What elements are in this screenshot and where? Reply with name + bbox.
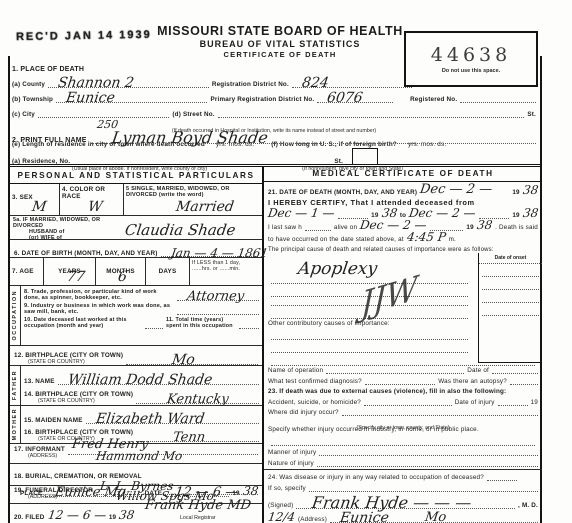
- contributory-label: Other contributory causes of importance:: [268, 320, 390, 327]
- last-saw-year: 38: [476, 219, 493, 231]
- last-worked-label: 10. Date deceased last worked at this oc…: [24, 317, 142, 329]
- manner-row: Manner of injury: [264, 445, 542, 456]
- manner-label: Manner of injury: [268, 449, 316, 456]
- marital-cell: 5 SINGLE, MARRIED, WIDOWED, OR DIVORCED …: [124, 184, 262, 215]
- birthplace-line: Mo: [126, 354, 258, 365]
- contributory-line-2: [271, 340, 468, 353]
- test-label: What test confirmed diagnosis?: [268, 378, 362, 385]
- age-label: 7. AGE: [12, 268, 34, 275]
- father-name-value: William Dodd Shade: [67, 373, 213, 387]
- occupation-side-label: OCCUPATION: [10, 286, 21, 345]
- md-label: , M. D.: [518, 502, 538, 509]
- specify-blank-row: [264, 433, 542, 445]
- nature-label: Nature of injury: [268, 460, 314, 467]
- personal-statistical-column: PERSONAL AND STATISTICAL PARTICULARS 3. …: [10, 167, 264, 523]
- if-so-line: [309, 481, 538, 492]
- onset-line-3: [482, 290, 539, 303]
- m-label: m.: [449, 236, 456, 243]
- trade-row: 8. Trade, profession, or particular kind…: [24, 289, 259, 301]
- total-time-label: 11. Total time (years) spent in this occ…: [166, 317, 236, 329]
- mother-name-value: Elizabeth Ward: [95, 412, 205, 426]
- age-row: 7. AGE YEARS 77 MONTHS 6 DAYS If LESS th: [10, 258, 262, 286]
- informant-row: 17. INFORMANT (ADDRESS) Fred Henry Hammo…: [10, 444, 262, 464]
- father-birthplace-sublabel: (STATE OR COUNTRY): [38, 398, 133, 404]
- city-line: [38, 107, 169, 118]
- father-block: FATHER 13. NAME William Dodd Shade 14. B…: [10, 366, 262, 406]
- last-worked-row: 10. Date deceased last worked at this oc…: [24, 317, 259, 329]
- external-causes-row: 23. If death was due to external causes …: [264, 385, 542, 395]
- trade-line: Attorney: [177, 290, 259, 301]
- industry-line: [177, 304, 259, 315]
- specify-place-row: Specify whether injury occurred in indus…: [264, 424, 542, 433]
- date-of-birth-line: Jan — 4 — 1861: [161, 246, 258, 257]
- contributory-line-1: [271, 327, 468, 340]
- medical-certificate-column: MEDICAL CERTIFICATE OF DEATH 21. DATE OF…: [264, 167, 542, 523]
- industry-row: 9. Industry or business in which work wa…: [24, 303, 259, 315]
- death-said-label: . Death is said: [495, 224, 538, 231]
- county-row: (a) County Shannon 2 Registration Distri…: [12, 77, 536, 88]
- where-injury-line: [342, 405, 538, 416]
- date-of-birth-row: 6. DATE OF BIRTH (MONTH, DAY, AND YEAR) …: [10, 240, 262, 258]
- date-of-onset-label: Date of onset: [479, 253, 542, 264]
- funeral-director-label: 19. FUNERAL DIRECTOR: [14, 487, 93, 494]
- registered-no-label: Registered No.: [410, 96, 457, 103]
- father-side-label: FATHER: [10, 366, 21, 405]
- primary-district-line: 6076: [317, 92, 393, 103]
- medical-heading: MEDICAL CERTIFICATE OF DEATH: [264, 167, 542, 182]
- birthplace-row: 12. BIRTHPLACE (CITY OR TOWN) (STATE OR …: [10, 346, 262, 366]
- funeral-director-line: L. L. Byrnes Willow Spgs Mo: [96, 487, 258, 495]
- age-days-cell: DAYS: [146, 258, 190, 285]
- father-name-label: 13. NAME: [24, 378, 55, 385]
- informant-sublabel: (ADDRESS): [28, 453, 65, 459]
- registrar-title: Local Registrar: [138, 515, 258, 521]
- township-row: (b) Township Eunice Primary Registration…: [12, 92, 536, 103]
- city-label: (c) City: [12, 111, 35, 118]
- full-name-line: 250 Lyman Boyd Shade: [90, 133, 536, 144]
- father-birthplace-row: 14. BIRTHPLACE (CITY OR TOWN) (STATE OR …: [24, 387, 259, 404]
- funeral-director-sublabel: (ADDRESS): [28, 494, 93, 500]
- father-content: 13. NAME William Dodd Shade 14. BIRTHPLA…: [21, 366, 262, 405]
- father-name-line: William Dodd Shade: [58, 374, 259, 385]
- death-year-prefix: 19: [512, 189, 519, 196]
- birthplace-sublabel: (STATE OR COUNTRY): [28, 359, 123, 365]
- sex-cell: 3. SEX M: [10, 184, 60, 215]
- specify-place-label: Specify whether injury occurred in indus…: [268, 426, 479, 433]
- last-saw-row: I last saw h alive on Dec — 2 — 19 38 . …: [264, 219, 542, 231]
- father-birthplace-label: 14. BIRTHPLACE (CITY OR TOWN): [24, 391, 133, 398]
- autopsy-line: [510, 374, 538, 385]
- death-year-value: 38: [522, 184, 539, 196]
- bureau-subtitle: BUREAU OF VITAL STATISTICS: [140, 39, 420, 49]
- informant-label: 17. INFORMANT: [14, 446, 65, 453]
- mother-name-line: Elizabeth Ward: [86, 413, 259, 424]
- blank-space: [415, 78, 536, 88]
- date-of-onset-box: Date of onset: [478, 253, 542, 363]
- date-of-birth-label: 6. DATE OF BIRTH (MONTH, DAY, AND YEAR): [14, 250, 158, 257]
- occurred-label: to have occurred on the date stated abov…: [268, 236, 404, 243]
- certificate-number: 44638: [431, 44, 511, 66]
- age-months-cell: MONTHS 6: [96, 258, 146, 285]
- death-certificate-document: REC'D JAN 14 1939 MISSOURI STATE BOARD O…: [0, 0, 572, 523]
- informant-line: Fred Henry Hammond Mo: [68, 446, 258, 455]
- personal-heading: PERSONAL AND STATISTICAL PARTICULARS: [10, 167, 262, 184]
- race-label: 4. COLOR OR RACE: [62, 186, 121, 200]
- test-row: What test confirmed diagnosis? Was there…: [264, 374, 542, 385]
- occupation-content: 8. Trade, profession, or particular kind…: [21, 286, 262, 345]
- mother-birthplace-value: Tenn: [172, 431, 206, 444]
- birthplace-label: 12. BIRTHPLACE (CITY OR TOWN): [14, 352, 123, 359]
- township-line: Eunice: [56, 92, 207, 103]
- race-cell: 4. COLOR OR RACE W: [60, 184, 124, 215]
- physician-signature: Frank Hyde — — —: [311, 495, 473, 511]
- age-months-value: 6: [117, 270, 128, 284]
- spouse-value-area: Claudia Shade: [125, 217, 259, 238]
- place-of-death-heading: 1. PLACE OF DEATH: [12, 66, 536, 73]
- onset-line-1: [482, 264, 539, 277]
- signed-line: Frank Hyde — — —: [296, 498, 515, 509]
- test-line: [365, 374, 435, 385]
- last-saw-label: I last saw h: [268, 224, 302, 231]
- marital-value: Married: [175, 200, 235, 214]
- father-name-row: 13. NAME William Dodd Shade: [24, 369, 259, 385]
- page-title: MISSOURI STATE BOARD OF HEALTH: [140, 24, 420, 38]
- city-street-row: (c) City (d) Street No. St.: [12, 107, 536, 118]
- date-of-death-row: 21. DATE OF DEATH (MONTH, DAY, AND YEAR)…: [264, 182, 542, 196]
- full-name-row: 2. PRINT FULL NAME 250 Lyman Boyd Shade: [12, 133, 536, 144]
- registration-district-label: Registration District No.: [212, 81, 289, 88]
- where-injury-row: Where did injury occur?: [264, 406, 542, 416]
- race-value: W: [87, 200, 103, 214]
- full-name-label: 2. PRINT FULL NAME: [12, 137, 87, 144]
- operation-date-line: [492, 363, 538, 374]
- informant-address-value: Hammond Mo: [95, 450, 183, 462]
- occupation-related-row: 24. Was disease or injury in any way rel…: [264, 469, 542, 481]
- attended-from-value: Dec — 1 —: [267, 207, 335, 219]
- township-label: (b) Township: [12, 96, 53, 103]
- spouse-value: Claudia Shade: [124, 223, 236, 238]
- township-value: Eunice: [65, 91, 116, 105]
- if-so-label: If so, specify: [268, 485, 306, 492]
- address-row: 12/4 (Address) Eunice Mo: [264, 509, 542, 523]
- age-years-cell: YEARS 77: [44, 258, 96, 285]
- trade-value: Attorney: [186, 290, 245, 303]
- county-value: Shannon 2: [57, 76, 135, 90]
- header-title-block: MISSOURI STATE BOARD OF HEALTH BUREAU OF…: [140, 24, 420, 59]
- certificate-subtitle: CERTIFICATE OF DEATH: [140, 50, 420, 59]
- registration-district-line: 824: [292, 77, 413, 88]
- age-note-cell: If LESS than 1 day, ......hrs. or ......…: [190, 258, 262, 285]
- occupation-related-label: 24. Was disease or injury in any way rel…: [268, 474, 484, 481]
- last-saw-year-prefix: 19: [466, 224, 473, 231]
- occupation-block: OCCUPATION 8. Trade, profession, or part…: [10, 286, 262, 346]
- date-of-death-label: 21. DATE OF DEATH (MONTH, DAY, AND YEAR): [268, 189, 417, 196]
- father-birthplace-value: Kentucky: [166, 393, 229, 406]
- filed-date-value: 12 — 6 —: [47, 509, 107, 521]
- mother-side-label: MOTHER: [10, 406, 21, 443]
- where-injury-label: Where did injury occur?: [268, 409, 339, 416]
- signed-label: (Signed): [268, 502, 293, 509]
- street-no-label: (d) Street No.: [172, 111, 214, 118]
- alive-on-label: alive on: [334, 224, 357, 231]
- sex-value: M: [31, 200, 47, 214]
- birthplace-value: Mo: [171, 353, 196, 367]
- nature-row: Nature of injury: [264, 456, 542, 467]
- received-date-stamp: REC'D JAN 14 1939: [16, 29, 152, 43]
- external-causes-label: 23. If death was due to external causes …: [268, 388, 506, 395]
- spouse-label-1: 5a. IF MARRIED, WIDOWED, OR DIVORCED: [13, 217, 125, 229]
- ward-box: [352, 148, 378, 165]
- cause-of-death-value: Apoplexy: [297, 261, 378, 278]
- registration-district-value: 824: [301, 76, 330, 90]
- county-label: (a) County: [12, 81, 45, 88]
- registered-no-line: [460, 92, 536, 103]
- father-birthplace-line: Kentucky: [136, 393, 259, 404]
- autopsy-label: Was there an autopsy?: [438, 378, 507, 385]
- last-worked-line: [145, 318, 163, 329]
- filed-row: 20. FILED 12 — 6 — 19 38 Frank Hyde MD L…: [10, 504, 262, 521]
- county-line: Shannon 2: [48, 77, 209, 88]
- trade-label: 8. Trade, profession, or particular kind…: [24, 289, 174, 301]
- mother-birthplace-line: Tenn: [136, 431, 259, 442]
- mother-name-row: 15. MAIDEN NAME Elizabeth Ward: [24, 409, 259, 424]
- address-label: (Address): [298, 516, 327, 523]
- principal-cause-row: The principal cause of death and related…: [264, 243, 542, 253]
- time-of-death-value: 4:45 P: [406, 231, 447, 243]
- industry-label: 9. Industry or business in which work wa…: [24, 303, 174, 315]
- age-years-value: 77: [66, 270, 86, 284]
- spouse-row: 5a. IF MARRIED, WIDOWED, OR DIVORCED HUS…: [10, 216, 262, 240]
- signed-row: (Signed) Frank Hyde — — — , M. D.: [264, 492, 542, 509]
- operation-line: [326, 363, 464, 374]
- occupation-related-line: [487, 470, 517, 481]
- manner-line: [319, 445, 538, 456]
- age-cell: 7. AGE: [10, 258, 44, 285]
- primary-district-value: 6076: [326, 91, 364, 105]
- blank-space: [495, 186, 509, 196]
- operation-label: Name of operation: [268, 367, 323, 374]
- to-year-prefix: 19: [512, 212, 519, 219]
- address-line: Eunice Mo: [330, 512, 538, 523]
- total-time-line: [239, 318, 259, 329]
- date-of-death-value: Dec — 2 —: [419, 183, 493, 196]
- operation-row: Name of operation Date of: [264, 363, 542, 374]
- spouse-labels: 5a. IF MARRIED, WIDOWED, OR DIVORCED HUS…: [13, 217, 125, 238]
- primary-district-label: Primary Registration District No.: [210, 96, 314, 103]
- address-value: Eunice: [339, 511, 390, 523]
- registrar-signature: Frank Hyde MD: [144, 499, 252, 512]
- address-date-value: 12/4: [267, 511, 296, 523]
- age-days-label: DAYS: [159, 268, 177, 275]
- onset-line-2: [482, 277, 539, 290]
- filed-label: 20. FILED: [14, 514, 45, 521]
- street-suffix: St.: [527, 111, 536, 118]
- street-no-line: [218, 107, 525, 118]
- sex-label: 3. SEX: [12, 194, 33, 201]
- address-state-value: Mo: [424, 511, 447, 523]
- mother-name-label: 15. MAIDEN NAME: [24, 417, 83, 424]
- onset-line-4: [482, 303, 539, 316]
- full-name-value: Lyman Boyd Shade: [111, 130, 269, 146]
- sex-race-marital-row: 3. SEX M 4. COLOR OR RACE W 5 SINGLE, MA…: [10, 184, 262, 216]
- attended-to-year: 38: [522, 207, 539, 219]
- columns-container: PERSONAL AND STATISTICAL PARTICULARS 3. …: [10, 164, 542, 523]
- age-less-note: If LESS than 1 day, ......hrs. or ......…: [192, 260, 260, 272]
- last-saw-blank: [305, 220, 331, 231]
- operation-date-label: Date of: [467, 367, 489, 374]
- nature-line: [317, 456, 538, 467]
- filed-year-value: 38: [118, 509, 135, 521]
- mother-birthplace-label: 16. BIRTHPLACE (CITY OR TOWN): [24, 429, 133, 436]
- specify-note-row: (Specify city or town, county, and State…: [264, 416, 542, 424]
- residence-row: (a) Residence, No. St.: [12, 148, 536, 165]
- marital-label: 5 SINGLE, MARRIED, WIDOWED, OR DIVORCED …: [126, 186, 260, 198]
- filed-year-prefix: 19: [109, 514, 116, 521]
- occurred-row: to have occurred on the date stated abov…: [264, 231, 542, 243]
- if-so-row: If so, specify: [264, 481, 542, 492]
- registrar-signature-block: Frank Hyde MD Local Registrar: [138, 496, 258, 521]
